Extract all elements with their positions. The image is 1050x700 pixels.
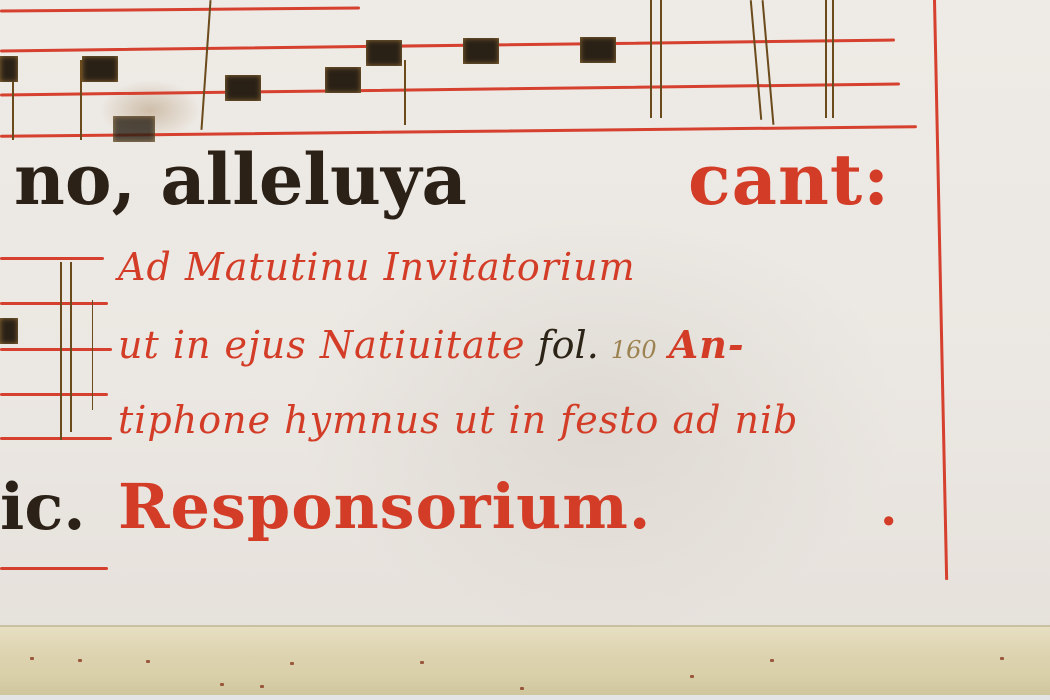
music-note xyxy=(225,75,261,101)
music-note xyxy=(463,38,499,64)
music-note xyxy=(580,37,616,63)
rubric-line-2: ut in ejus Natiuitate fol. 160 An- xyxy=(118,322,745,367)
margin-rule xyxy=(933,0,948,580)
music-note xyxy=(82,56,118,82)
folio-label: fol. xyxy=(538,323,599,367)
folio-number: 160 xyxy=(611,336,657,364)
rubric-line-1: Ad Matutinu Invitatorium xyxy=(118,245,636,289)
lyric-fragment: ic. xyxy=(0,470,86,545)
barline xyxy=(60,262,62,440)
note-stem xyxy=(404,60,406,125)
barline xyxy=(825,0,827,118)
staff-line xyxy=(0,437,112,440)
barline xyxy=(762,0,775,125)
staff-line xyxy=(0,6,360,12)
rubric-end-mark: . xyxy=(880,478,898,537)
barline xyxy=(650,0,652,118)
rubric-line-4: Responsorium. xyxy=(118,470,651,543)
music-note xyxy=(0,56,18,82)
staff-line xyxy=(0,257,104,260)
rubric-line-2-red: ut in ejus Natiuitate xyxy=(118,323,526,367)
music-note xyxy=(366,40,402,66)
rubric-line-3: tiphone hymnus ut in festo ad nib xyxy=(118,398,798,442)
staff-line xyxy=(0,567,108,570)
parchment-page: no, alleluya cant: ic. Ad Matutinu Invit… xyxy=(0,0,1050,640)
barline xyxy=(750,0,762,120)
barline xyxy=(832,0,834,118)
repair-strip xyxy=(0,625,1050,697)
staff-line xyxy=(0,348,112,351)
lyric-text-red: cant: xyxy=(688,138,890,221)
music-note xyxy=(325,67,361,93)
barline xyxy=(660,0,662,118)
staff-line xyxy=(0,39,895,53)
rubric-line-2-end: An- xyxy=(669,322,745,367)
music-note xyxy=(0,318,18,344)
barline xyxy=(200,0,211,130)
lyric-text-black: no, alleluya xyxy=(14,138,467,221)
background-edge xyxy=(0,695,1050,700)
staff-line xyxy=(0,83,900,97)
barline xyxy=(70,262,72,432)
custos-line xyxy=(92,300,93,410)
